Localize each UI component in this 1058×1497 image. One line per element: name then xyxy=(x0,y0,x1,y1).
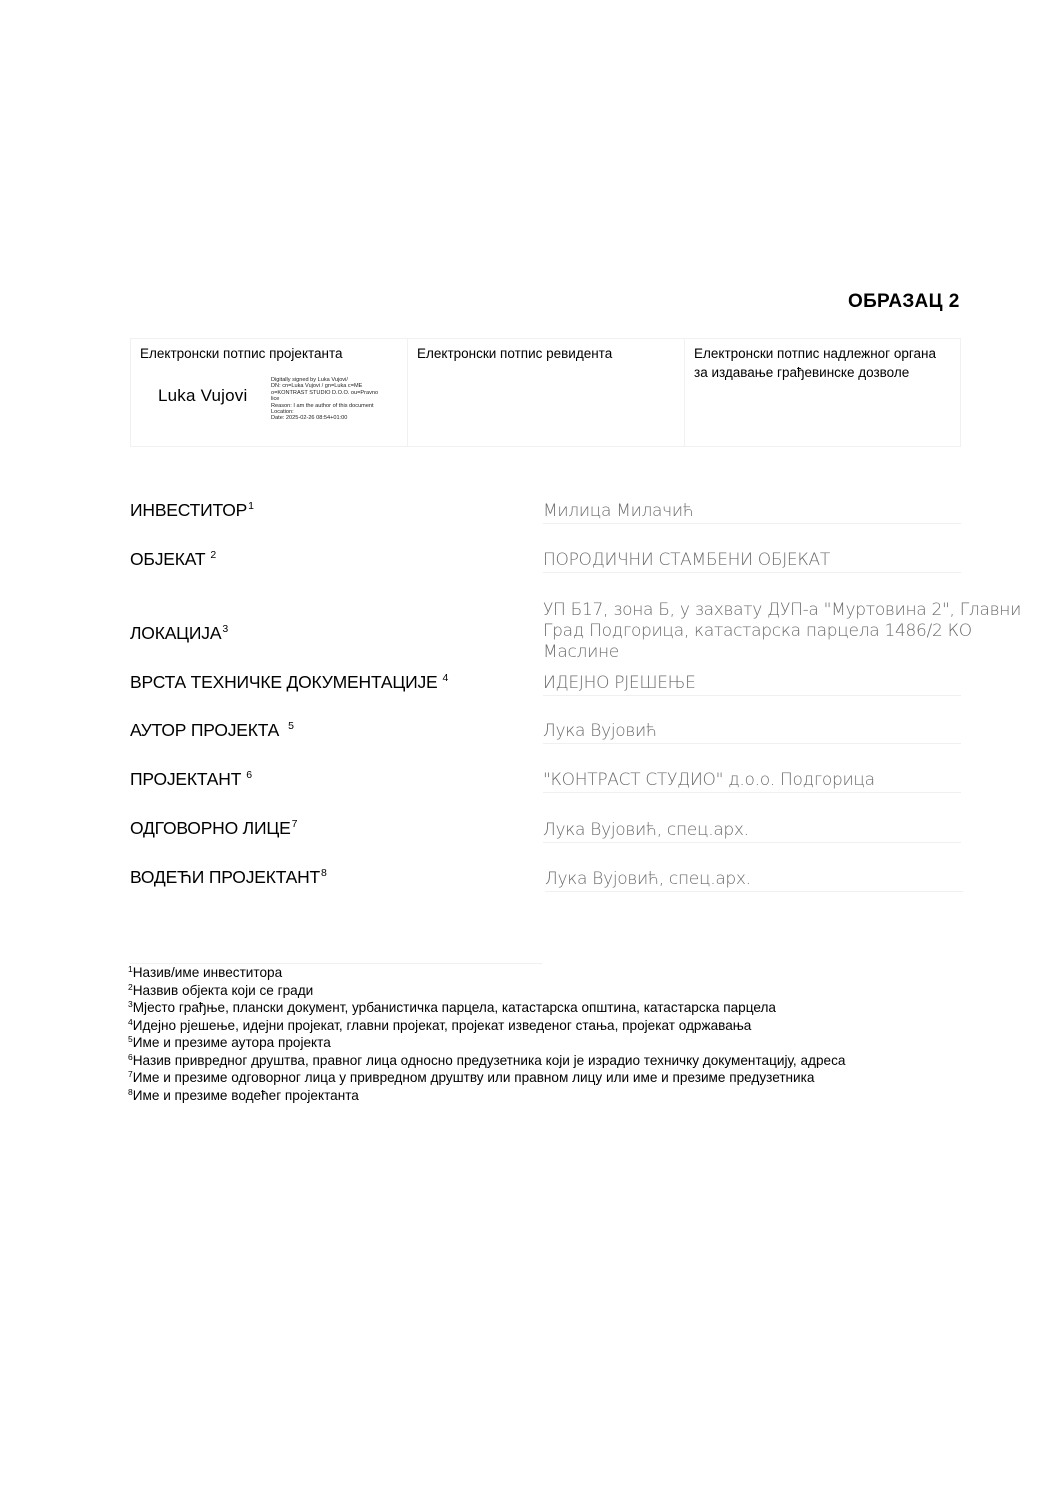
footnote-ref: 5 xyxy=(288,720,294,732)
footnote-ref: 3 xyxy=(222,623,228,635)
form-title: ОБРАЗАЦ2 xyxy=(848,291,960,313)
field-value-designer: "КОНТРАСТ СТУДИО" д.о.о. Подгорица xyxy=(543,770,961,793)
field-label-investor: ИНВЕСТИТОР1 xyxy=(130,500,254,521)
footnote-item: 7Име и презиме одговорног лица у привред… xyxy=(128,1070,845,1088)
form-title-text: ОБРАЗАЦ xyxy=(848,291,943,312)
footnote-item: 5Име и презиме аутора пројекта xyxy=(128,1035,845,1053)
footnote-number: 2 xyxy=(128,982,133,992)
footnote-text: Идејно рјешење, идејни пројекат, главни … xyxy=(133,1018,752,1033)
footnote-number: 4 xyxy=(128,1017,133,1027)
field-label-lead-designer: ВОДЕЋИ ПРОЈЕКТАНТ8 xyxy=(130,867,327,888)
footnote-ref: 1 xyxy=(248,500,254,512)
field-value-doc-type: ИДЕЈНО РЈЕШЕЊЕ xyxy=(543,673,961,696)
footnote-text: Име и презиме одговорног лица у привредн… xyxy=(133,1070,815,1085)
label-text: ОБЈЕКАТ xyxy=(130,549,205,569)
footnote-item: 8Име и презиме водећег пројектанта xyxy=(128,1088,845,1106)
footnote-item: 6Назив привредног друштва, правног лица … xyxy=(128,1053,845,1071)
digital-signature-name[interactable]: Luka Vujovi xyxy=(158,386,247,405)
signature-table: Електронски потпис пројектанта Luka Vujo… xyxy=(130,338,961,447)
field-label-object: ОБЈЕКАТ2 xyxy=(130,549,216,570)
label-text: ОДГОВОРНО ЛИЦЕ xyxy=(130,818,291,838)
signature-cell-authority: Електронски потпис надлежног органа за и… xyxy=(684,339,960,446)
footnote-number: 1 xyxy=(128,964,133,974)
footnote-ref: 8 xyxy=(321,867,327,879)
footnote-text: Назвив објекта који се гради xyxy=(133,983,314,998)
form-number: 2 xyxy=(949,291,960,312)
field-value-lead-designer: Лука Вујовић, спец.арх. xyxy=(545,869,963,892)
footnote-divider xyxy=(130,963,542,964)
label-text: ИНВЕСТИТОР xyxy=(130,500,247,520)
footnote-number: 6 xyxy=(128,1052,133,1062)
signature-cell-label: Електронски потпис ревидента xyxy=(417,344,675,363)
footnote-ref: 4 xyxy=(442,672,448,684)
label-text: ЛОКАЦИЈА xyxy=(130,623,221,643)
footnote-number: 7 xyxy=(128,1069,133,1079)
field-value-project-author: Лука Вујовић xyxy=(543,721,961,744)
field-value-object: ПОРОДИЧНИ СТАМБЕНИ ОБЈЕКАТ xyxy=(543,550,961,573)
footnotes: 1Назив/име инвеститора 2Назвив објекта к… xyxy=(128,965,845,1105)
footnote-text: Име и презиме аутора пројекта xyxy=(133,1035,331,1050)
label-text: ВОДЕЋИ ПРОЈЕКТАНТ xyxy=(130,867,320,887)
field-value-location: УП Б17, зона Б, у захвату ДУП-а "Муртови… xyxy=(543,600,1033,665)
signature-cell-label: Електронски потпис надлежног органа за и… xyxy=(694,344,951,382)
footnote-text: Мјесто грађње, плански документ, урбанис… xyxy=(133,1000,776,1015)
footnote-ref: 7 xyxy=(292,818,298,830)
footnote-text: Назив/име инвеститора xyxy=(133,965,282,980)
footnote-text: Назив привредног друштва, правног лица о… xyxy=(133,1053,846,1068)
signature-detail-line: o=KONTRAST STUDIO D.O.O. ou=Pravno xyxy=(271,390,391,396)
label-text: АУТОР ПРОЈЕКТА xyxy=(130,720,279,740)
footnote-number: 5 xyxy=(128,1034,133,1044)
field-value-investor: Милица Милачић xyxy=(543,501,961,524)
label-text: ПРОЈЕКТАНТ xyxy=(130,769,241,789)
footnote-item: 2Назвив објекта који се гради xyxy=(128,983,845,1001)
field-label-project-author: АУТОР ПРОЈЕКТА5 xyxy=(130,720,294,741)
signature-cell-designer: Електронски потпис пројектанта Luka Vujo… xyxy=(131,339,407,446)
signature-detail-line: Date: 2025-02-26 08:54+01:00 xyxy=(271,415,391,421)
field-label-designer: ПРОЈЕКТАНТ6 xyxy=(130,769,252,790)
label-text: ВРСТА ТЕХНИЧКЕ ДОКУМЕНТАЦИЈЕ xyxy=(130,672,437,692)
field-value-responsible-person: Лука Вујовић, спец.арх. xyxy=(543,820,961,843)
footnote-ref: 6 xyxy=(246,769,252,781)
footnote-number: 3 xyxy=(128,999,133,1009)
field-label-responsible-person: ОДГОВОРНО ЛИЦЕ7 xyxy=(130,818,297,839)
field-label-doc-type: ВРСТА ТЕХНИЧКЕ ДОКУМЕНТАЦИЈЕ4 xyxy=(130,672,448,693)
field-label-location: ЛОКАЦИЈА3 xyxy=(130,623,228,644)
footnote-text: Име и презиме водећег пројектанта xyxy=(133,1088,359,1103)
digital-signature-details[interactable]: Digitally signed by Luka Vujovi/ DN: cn=… xyxy=(271,377,391,422)
footnote-item: 4Идејно рјешење, идејни пројекат, главни… xyxy=(128,1018,845,1036)
footnote-item: 3Мјесто грађње, плански документ, урбани… xyxy=(128,1000,845,1018)
footnote-number: 8 xyxy=(128,1087,133,1097)
footnote-ref: 2 xyxy=(210,549,216,561)
signature-cell-reviewer: Електронски потпис ревидента xyxy=(407,339,684,446)
signature-cell-label: Електронски потпис пројектанта xyxy=(140,344,398,363)
footnote-item: 1Назив/име инвеститора xyxy=(128,965,845,983)
